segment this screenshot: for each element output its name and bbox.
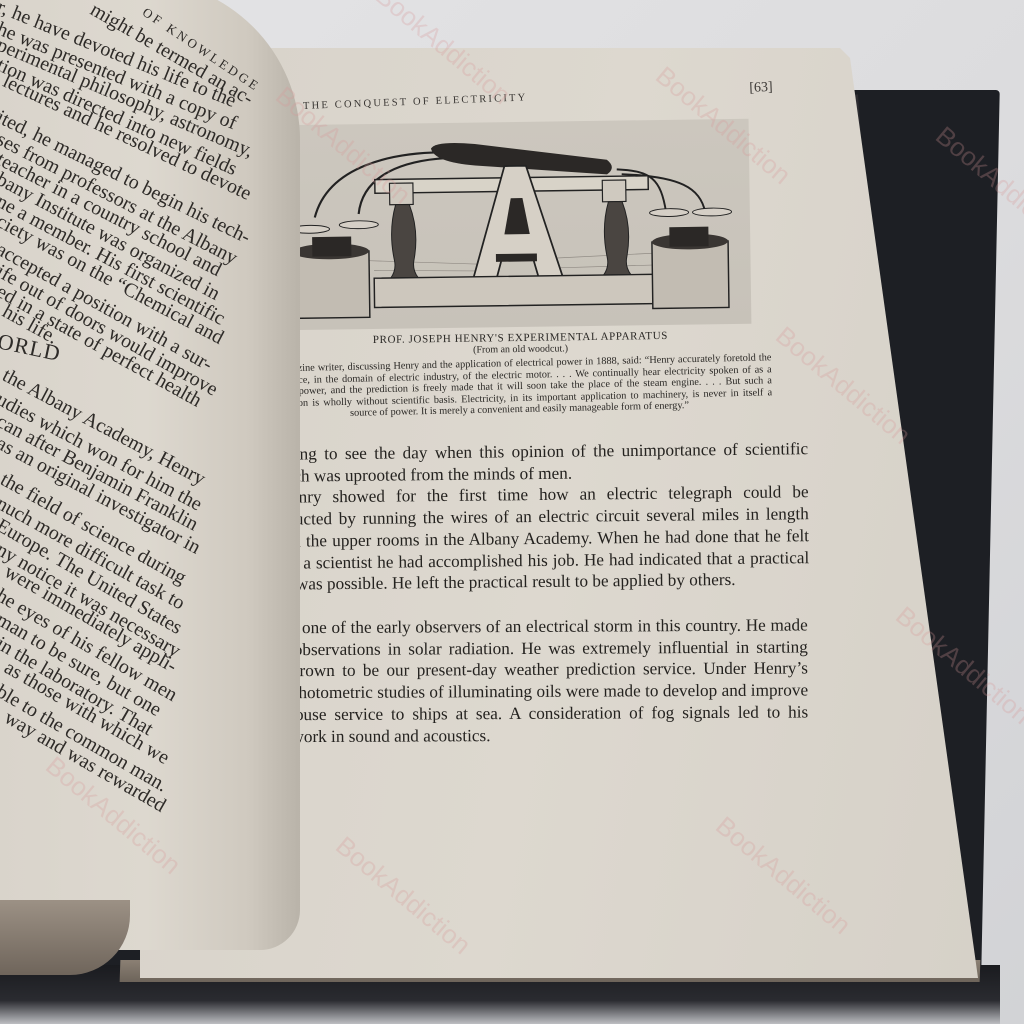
body-text: by living to see the day when this opini… [252, 444, 808, 596]
electromagnet-apparatus-icon [279, 119, 752, 331]
running-head-title: THE CONQUEST OF ELECTRICITY [303, 92, 528, 112]
woodcut-illustration [279, 119, 752, 331]
paragraph-3: He was one of the early observers of an … [220, 614, 809, 747]
paragraph-1: by living to see the day when this opini… [252, 438, 808, 487]
figure-caption-quote: A magazine writer, discussing Henry and … [265, 352, 772, 421]
page-number: [63] [749, 80, 773, 97]
paragraph-2: Henry showed for the first time how an e… [252, 482, 809, 596]
book-photo: THE CONQUEST OF ELECTRICITY [63] [0, 0, 1024, 1024]
